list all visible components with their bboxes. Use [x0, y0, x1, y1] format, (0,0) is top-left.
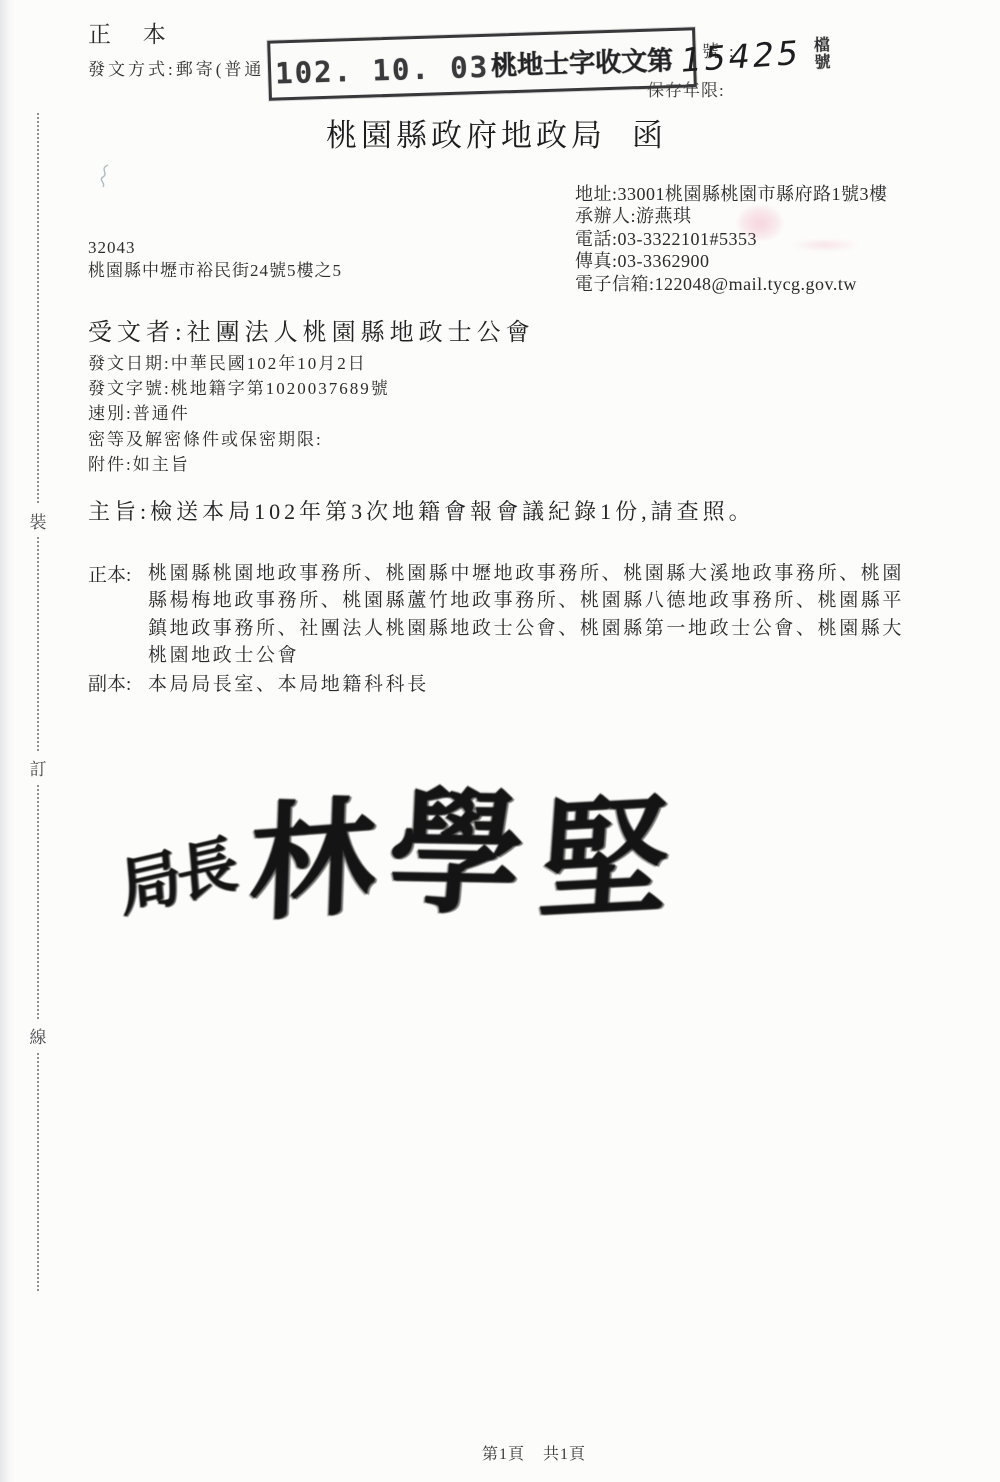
- signature-name-char-1: 林: [247, 756, 379, 947]
- subject-line: 主旨:檢送本局102年第3次地籍會報會議紀錄1份,請查照。: [88, 495, 958, 526]
- document-title: 桃園縣政府地政局函: [326, 110, 667, 155]
- contact-phone: 電話:03-3322101#5353: [575, 228, 888, 250]
- recipient-street: 桃園縣中壢市裕民街24號5樓之5: [88, 259, 342, 282]
- copy-recipients-row: 副本: 本局局長室、本局地籍科科長: [88, 671, 956, 698]
- copy-label: 副本:: [88, 671, 148, 698]
- contact-handler: 承辦人:游燕琪: [575, 205, 888, 227]
- scanned-official-letter: 裝 訂 線 正 本 發文方式:郵寄(普通 號: 保存年限: 102. 10. 0…: [0, 0, 1000, 1482]
- binding-label-ding: 訂: [27, 752, 49, 783]
- original-line-1: 桃園縣桃園地政事務所、桃園縣中壢地政事務所、桃園縣大溪地政事務所、桃園: [148, 560, 904, 587]
- doc-number-line: 發文字號:桃地籍字第1020037689號: [88, 376, 390, 401]
- original-recipients-row: 正本: 桃園縣桃園地政事務所、桃園縣中壢地政事務所、桃園縣大溪地政事務所、桃園 …: [88, 560, 956, 670]
- contact-address: 地址:33001桃園縣桃園市縣府路1號3樓: [575, 183, 888, 205]
- binding-label-zhuang: 裝: [27, 505, 49, 536]
- stamp-archive-label: 檔號: [810, 36, 828, 71]
- original-line-2: 縣楊梅地政事務所、桃園縣蘆竹地政事務所、桃園縣八德地政事務所、桃園縣平: [148, 587, 904, 614]
- original-line-3: 鎮地政事務所、社團法人桃園縣地政士公會、桃園縣第一地政士公會、桃園縣大: [148, 615, 904, 642]
- document-meta-block: 發文日期:中華民國102年10月2日 發文字號:桃地籍字第1020037689號…: [88, 351, 390, 477]
- copy-type-label: 正 本: [88, 16, 168, 49]
- copy-recipients: 本局局長室、本局地籍科科長: [148, 671, 429, 698]
- recipient-line: 受文者:社團法人桃園縣地政士公會: [88, 312, 535, 347]
- signature-role: 局長: [116, 813, 237, 929]
- stamp-office-text: 桃地士字收文第: [490, 40, 673, 83]
- sender-contact-block: 地址:33001桃園縣桃園市縣府路1號3樓 承辦人:游燕琪 電話:03-3322…: [575, 183, 888, 295]
- original-label: 正本:: [88, 560, 148, 587]
- original-recipients: 桃園縣桃園地政事務所、桃園縣中壢地政事務所、桃園縣大溪地政事務所、桃園 縣楊梅地…: [148, 560, 904, 670]
- agency-name: 桃園縣政府地政局: [326, 118, 606, 153]
- stamp-handwritten-number: 15425: [678, 32, 804, 79]
- signature-name-char-2: 學: [382, 746, 533, 940]
- document-type: 函: [632, 118, 667, 153]
- scan-artifact-squiggle: [96, 163, 112, 189]
- recipient-postal-block: 32043 桃園縣中壢市裕民街24號5樓之5: [88, 236, 342, 282]
- binding-dotted-line: [37, 113, 39, 1291]
- priority-line: 速別:普通件: [88, 401, 390, 426]
- signature-name-char-3: 堅: [534, 751, 677, 946]
- director-signature: 局長 林 學 堅: [116, 743, 671, 945]
- stamp-date: 102. 10. 03: [275, 50, 490, 91]
- contact-email: 電子信箱:122048@mail.tycg.gov.tw: [575, 273, 888, 295]
- issue-date-line: 發文日期:中華民國102年10月2日: [88, 351, 390, 376]
- security-line: 密等及解密條件或保密期限:: [88, 427, 390, 452]
- page-footer: 第1頁共1頁: [482, 1441, 586, 1464]
- delivery-method-label: 發文方式:郵寄(普通: [88, 55, 264, 80]
- binding-label-xian: 線: [27, 1020, 49, 1051]
- receipt-stamp: 102. 10. 03 桃地士字收文第 15425 檔號: [267, 27, 697, 100]
- page-number: 第1頁: [482, 1446, 525, 1463]
- attachment-line: 附件:如主旨: [88, 452, 390, 477]
- original-line-4: 桃園地政士公會: [148, 642, 904, 669]
- total-pages: 共1頁: [543, 1446, 586, 1463]
- contact-fax: 傳真:03-3362900: [575, 250, 888, 272]
- distribution-block: 正本: 桃園縣桃園地政事務所、桃園縣中壢地政事務所、桃園縣大溪地政事務所、桃園 …: [88, 560, 956, 698]
- recipient-zip: 32043: [88, 236, 342, 259]
